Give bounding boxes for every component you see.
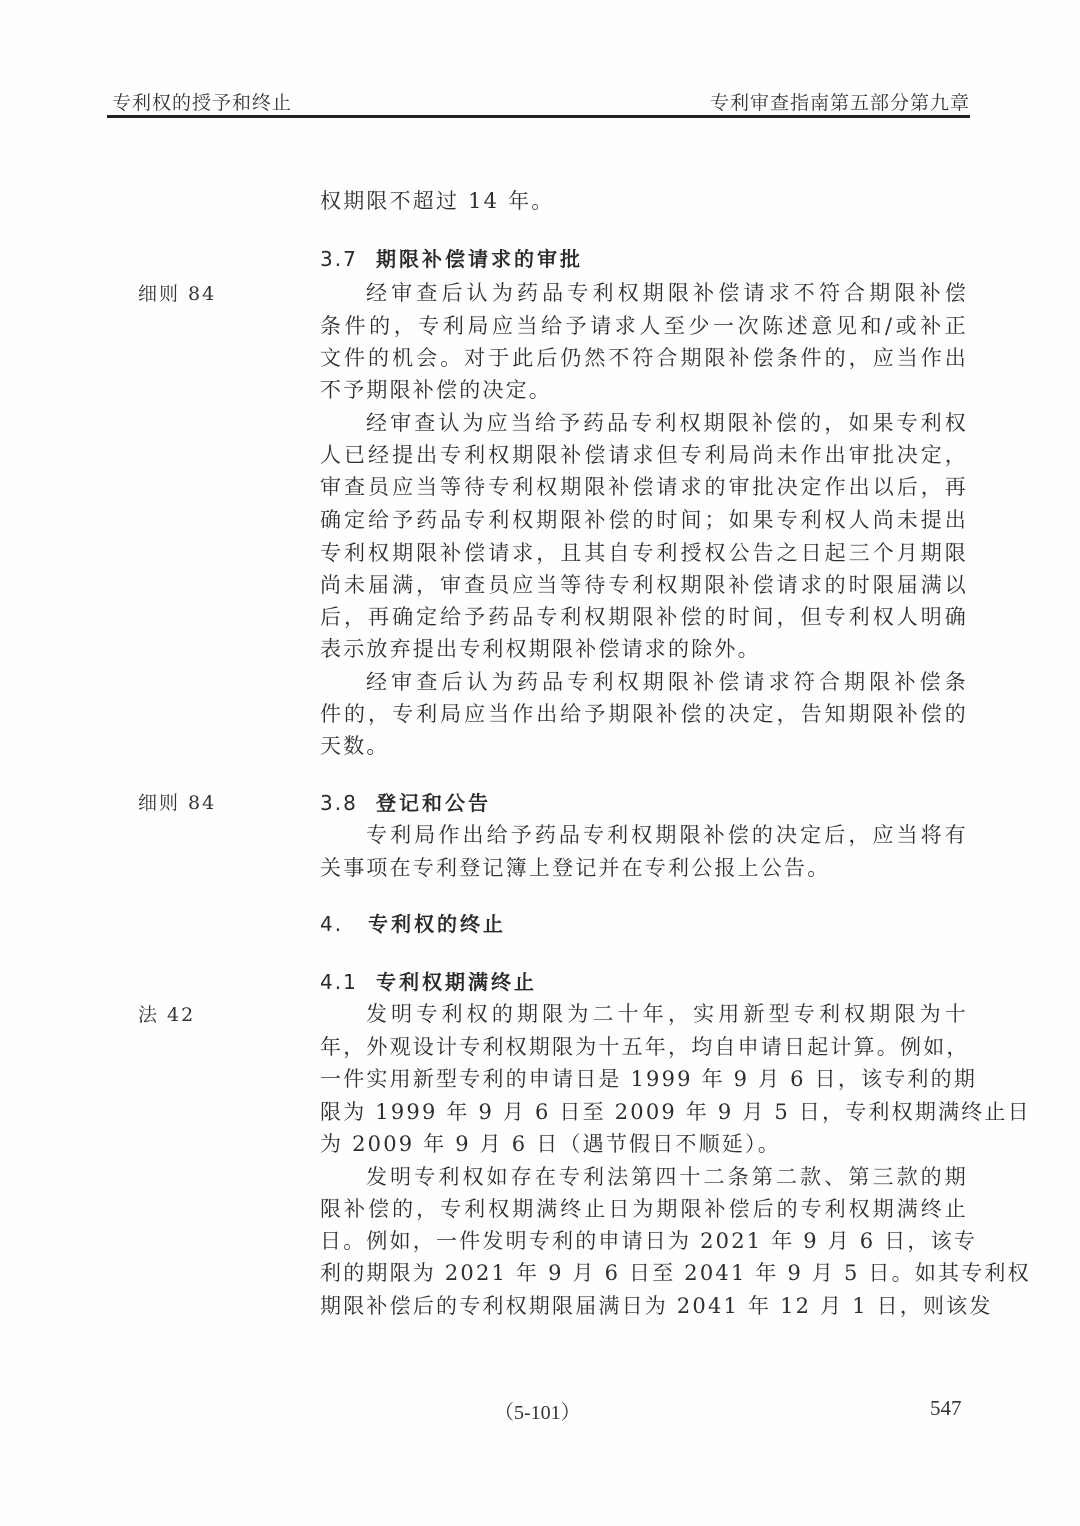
paragraph-line: 经审查后认为药品专利权期限补偿请求不符合期限补偿 — [320, 278, 968, 308]
section-title: 期限补偿请求的审批 — [376, 247, 583, 271]
paragraph-line: 关事项在专利登记簿上登记并在专利公报上公告。 — [320, 853, 968, 883]
section-heading-4-1: 4.1专利权期满终止 — [320, 967, 537, 997]
paragraph-line: 条件的，专利局应当给予请求人至少一次陈述意见和/或补正 — [320, 311, 968, 341]
footer-section-page: （5-101） — [494, 1396, 581, 1425]
paragraph-line: 审查员应当等待专利权期限补偿请求的审批决定作出以后，再 — [320, 472, 968, 502]
section-number: 3.8 — [320, 788, 376, 818]
paragraph-line: 天数。 — [320, 731, 968, 761]
section-title: 登记和公告 — [376, 791, 491, 815]
header-book-section: 专利审查指南第五部分第九章 — [710, 88, 970, 115]
paragraph-line: 经审查后认为药品专利权期限补偿请求符合期限补偿条 — [320, 667, 968, 697]
paragraph-line: 发明专利权如存在专利法第四十二条第二款、第三款的期 — [320, 1162, 968, 1192]
margin-reference: 法 42 — [138, 1000, 195, 1030]
paragraph-line: 为 2009 年 9 月 6 日（遇节假日不顺延）。 — [320, 1129, 968, 1159]
document-page: 专利权的授予和终止 专利审查指南第五部分第九章 权期限不超过 14 年。 3.7… — [0, 0, 1080, 1526]
section-number: 3.7 — [320, 244, 376, 274]
paragraph-line: 不予期限补偿的决定。 — [320, 375, 968, 405]
paragraph-line: 件的，专利局应当作出给予期限补偿的决定，告知期限补偿的 — [320, 699, 968, 729]
section-title: 专利权期满终止 — [376, 970, 537, 994]
header-chapter-title: 专利权的授予和终止 — [112, 88, 292, 115]
paragraph-line: 限为 1999 年 9 月 6 日至 2009 年 9 月 5 日，专利权期满终… — [320, 1097, 968, 1127]
paragraph-line: 年，外观设计专利权期限为十五年，均自申请日起计算。例如， — [320, 1032, 968, 1062]
paragraph-line: 经审查认为应当给予药品专利权期限补偿的，如果专利权 — [320, 408, 968, 438]
paragraph-line: 日。例如，一件发明专利的申请日为 2021 年 9 月 6 日，该专 — [320, 1226, 968, 1256]
paragraph-line: 人已经提出专利权期限补偿请求但专利局尚未作出审批决定， — [320, 440, 968, 470]
paragraph-line: 专利局作出给予药品专利权期限补偿的决定后，应当将有 — [320, 820, 968, 850]
paragraph-line: 限补偿的，专利权期满终止日为期限补偿后的专利权期满终止 — [320, 1194, 968, 1224]
paragraph-line: 文件的机会。对于此后仍然不符合期限补偿条件的，应当作出 — [320, 343, 968, 373]
paragraph-line: 一件实用新型专利的申请日是 1999 年 9 月 6 日，该专利的期 — [320, 1064, 968, 1094]
paragraph-line: 期限补偿后的专利权期限届满日为 2041 年 12 月 1 日，则该发 — [320, 1291, 968, 1321]
footer-page-number: 547 — [930, 1396, 962, 1421]
header-divider — [107, 115, 970, 118]
section-title: 专利权的终止 — [368, 912, 506, 936]
margin-reference: 细则 84 — [138, 279, 216, 309]
section-number: 4.1 — [320, 967, 376, 997]
section-heading-3-7: 3.7期限补偿请求的审批 — [320, 244, 583, 274]
paragraph-line: 确定给予药品专利权期限补偿的时间；如果专利权人尚未提出 — [320, 505, 968, 535]
paragraph-line: 专利权期限补偿请求，且其自专利授权公告之日起三个月期限 — [320, 538, 968, 568]
section-number: 4. — [320, 909, 368, 939]
margin-reference: 细则 84 — [138, 788, 216, 818]
paragraph-line: 尚未届满，审查员应当等待专利权期限补偿请求的时限届满以 — [320, 570, 968, 600]
section-heading-3-8: 3.8登记和公告 — [320, 788, 491, 818]
paragraph-line: 利的期限为 2021 年 9 月 6 日至 2041 年 9 月 5 日。如其专… — [320, 1258, 968, 1288]
paragraph-line: 表示放弃提出专利权期限补偿请求的除外。 — [320, 634, 968, 664]
paragraph-line: 发明专利权的期限为二十年，实用新型专利权期限为十 — [320, 999, 968, 1029]
paragraph-line: 后，再确定给予药品专利权期限补偿的时间，但专利权人明确 — [320, 602, 968, 632]
continuation-line: 权期限不超过 14 年。 — [320, 186, 968, 216]
section-heading-4: 4.专利权的终止 — [320, 909, 506, 939]
